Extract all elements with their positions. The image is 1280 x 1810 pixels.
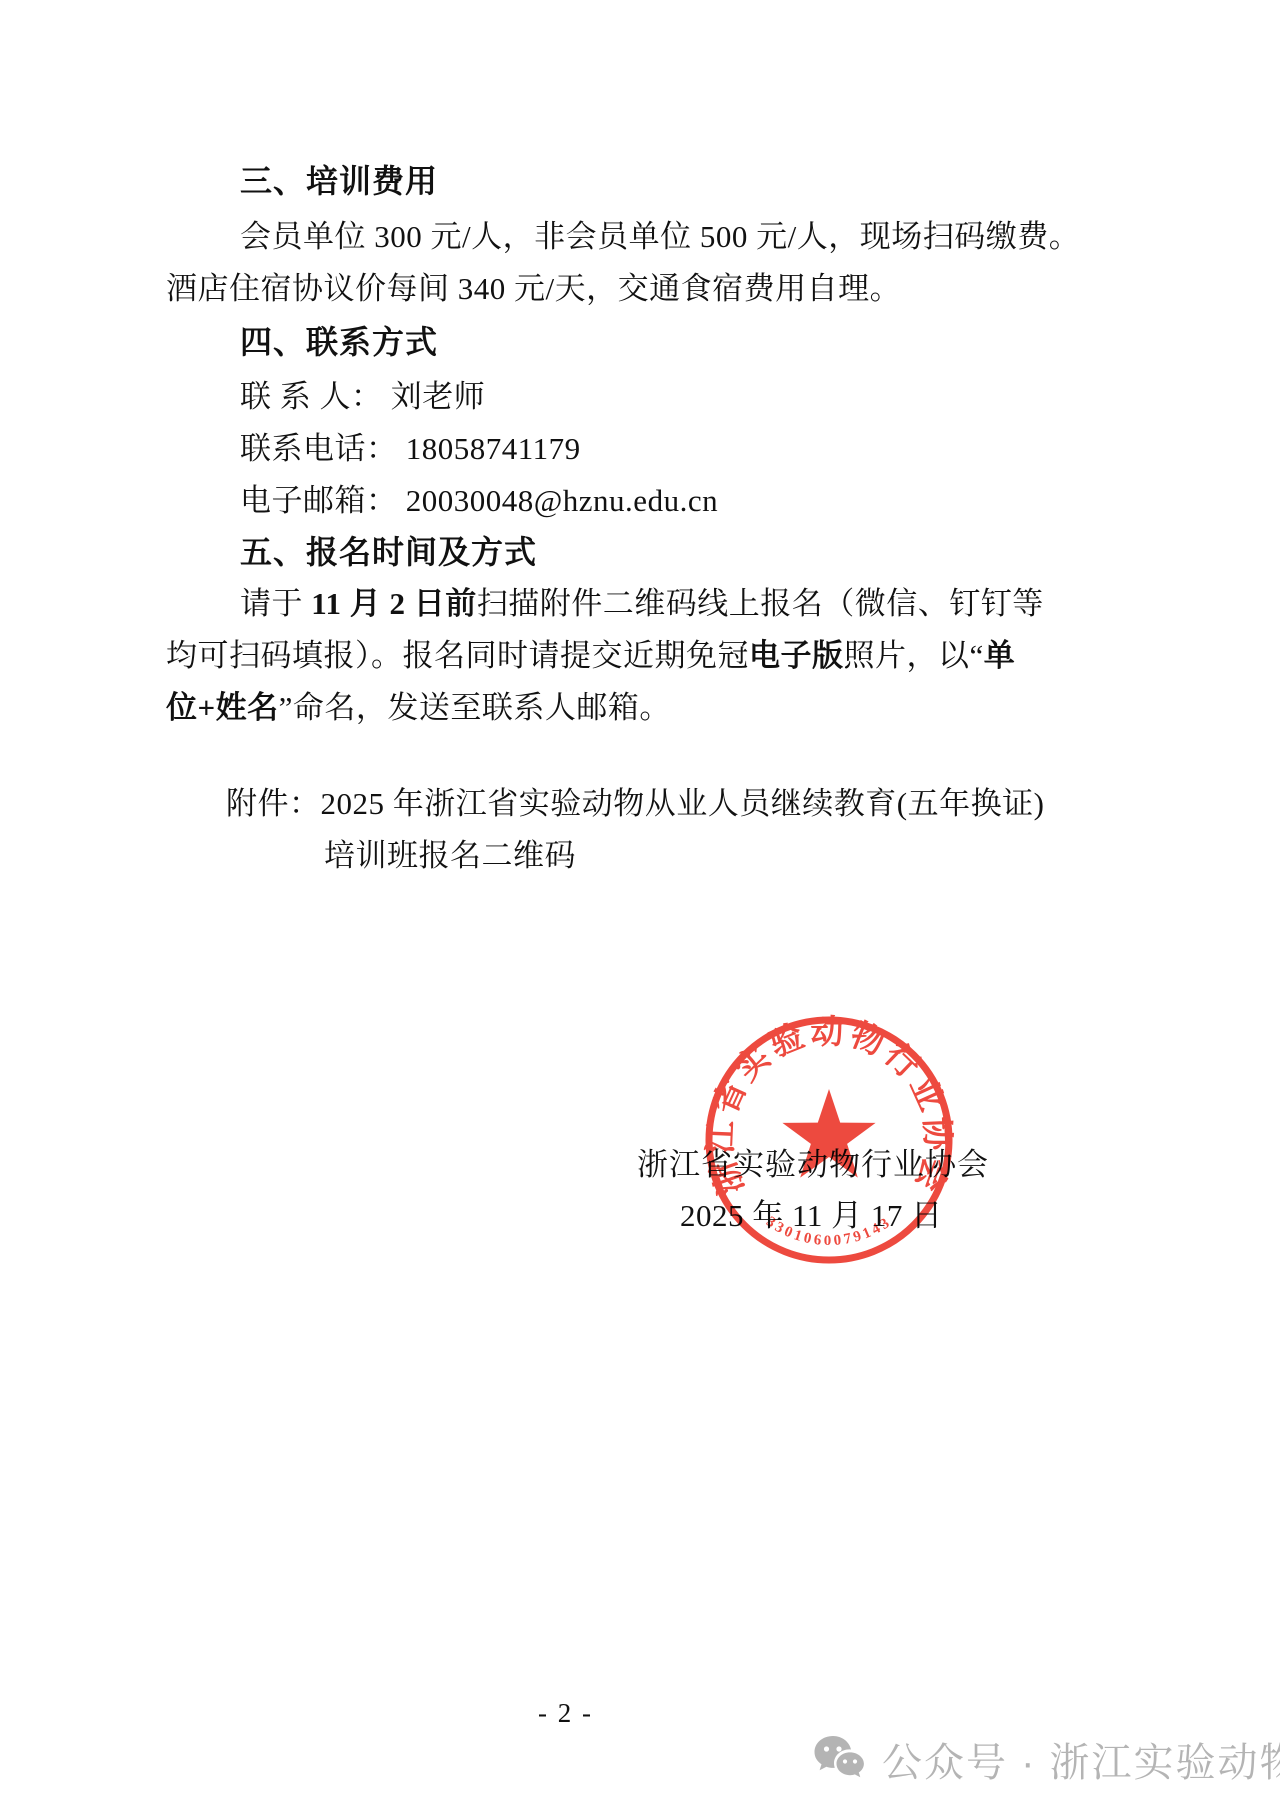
wechat-icon-eye bbox=[836, 1746, 841, 1751]
wechat-icon bbox=[812, 1734, 868, 1786]
registration-line3-bold-naming: 位+姓名 bbox=[166, 690, 279, 725]
registration-line2: 均可扫码填报）。报名同时请提交近期免冠电子版照片，以“单 bbox=[166, 638, 1015, 674]
registration-line1-bold-date: 11 月 2 日前 bbox=[311, 586, 477, 621]
section5-heading: 五、报名时间及方式 bbox=[240, 534, 537, 571]
seal-star-icon bbox=[782, 1089, 875, 1178]
attachment-line2: 培训班报名二维码 bbox=[324, 838, 576, 874]
wechat-icon-eye bbox=[824, 1746, 829, 1751]
contact-phone-line: 联系电话： 18058741179 bbox=[240, 431, 581, 467]
registration-line3: 位+姓名”命名，发送至联系人邮箱。 bbox=[166, 690, 671, 726]
contact-person-line: 联 系 人： 刘老师 bbox=[240, 379, 485, 415]
footer-watermark: 公众号 · 浙江实验动物 bbox=[812, 1731, 1280, 1788]
registration-line2-bold-dan: 单 bbox=[984, 638, 1016, 673]
contact-email-line: 电子邮箱： 20030048@hznu.edu.cn bbox=[240, 483, 718, 519]
attachment-line1: 附件：2025 年浙江省实验动物从业人员继续教育(五年换证) bbox=[226, 786, 1044, 822]
document-page: 三、培训费用 会员单位 300 元/人，非会员单位 500 元/人，现场扫码缴费… bbox=[0, 0, 1280, 1810]
fee-paragraph-line1: 会员单位 300 元/人，非会员单位 500 元/人，现场扫码缴费。 bbox=[240, 219, 1080, 255]
page-number: - 2 - bbox=[538, 1698, 593, 1729]
wechat-icon-eye bbox=[853, 1759, 857, 1763]
seal-code-text: 3301060079143 bbox=[763, 1214, 895, 1249]
fee-paragraph-line2: 酒店住宿协议价每间 340 元/天，交通食宿费用自理。 bbox=[166, 271, 901, 307]
official-seal: 浙江省实验动物行业协会 3301060079143 bbox=[698, 1009, 960, 1271]
section3-heading: 三、培训费用 bbox=[240, 163, 438, 200]
registration-line3-rest: ”命名，发送至联系人邮箱。 bbox=[279, 690, 671, 725]
registration-line1-rest: 扫描附件二维码线上报名（微信、钉钉等 bbox=[477, 586, 1044, 621]
registration-line2-normal: 均可扫码填报）。报名同时请提交近期免冠 bbox=[166, 638, 749, 673]
registration-line2-mid: 照片，以“ bbox=[844, 638, 984, 673]
section4-heading: 四、联系方式 bbox=[240, 324, 438, 361]
registration-line2-bold-ephoto: 电子版 bbox=[749, 638, 844, 673]
registration-line1: 请于 11 月 2 日前扫描附件二维码线上报名（微信、钉钉等 bbox=[240, 586, 1044, 622]
registration-line1-normal: 请于 bbox=[240, 586, 311, 621]
wechat-icon-eye bbox=[843, 1759, 847, 1763]
footer-watermark-text: 公众号 · 浙江实验动物 bbox=[882, 1731, 1280, 1788]
